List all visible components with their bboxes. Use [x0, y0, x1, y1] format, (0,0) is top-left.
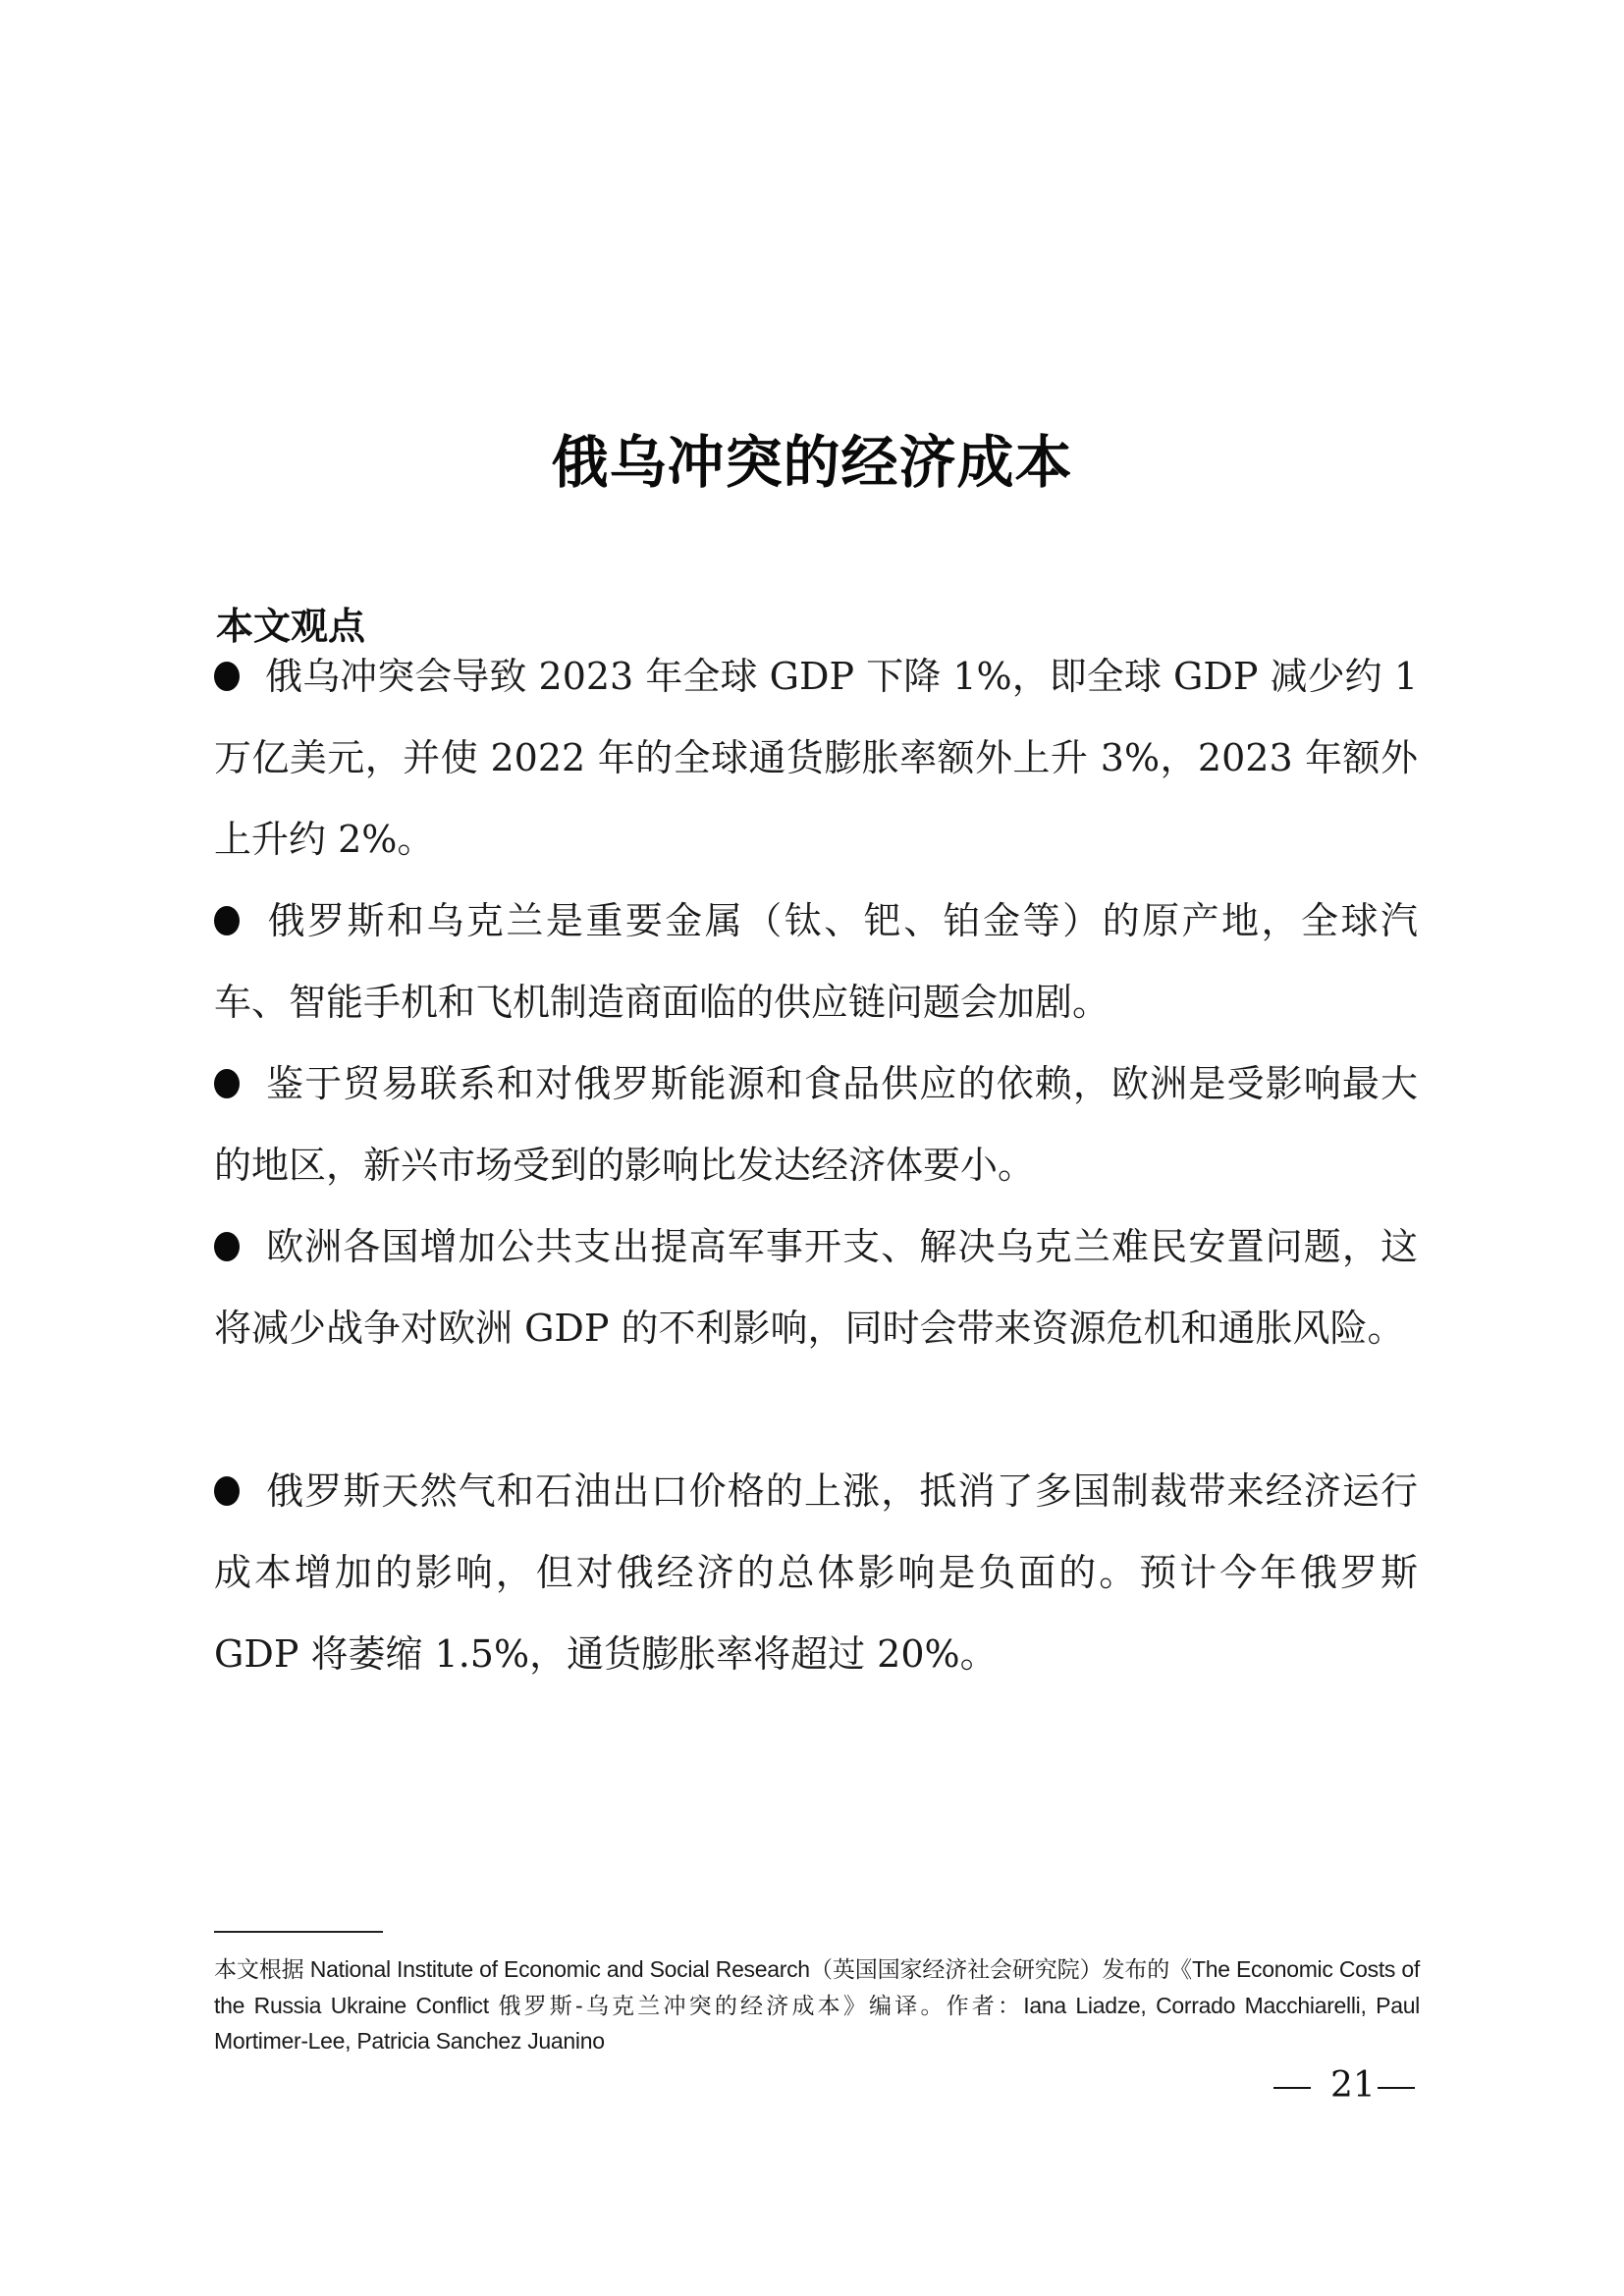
document-title: 俄乌冲突的经济成本	[0, 423, 1624, 502]
footnote-divider	[214, 1931, 383, 1933]
bullet-icon	[214, 662, 240, 691]
bullet-icon	[214, 1476, 240, 1506]
key-point-text: 俄罗斯和乌克兰是重要金属（钛、钯、铂金等）的原产地，全球汽车、智能手机和飞机制造…	[214, 899, 1418, 1024]
key-point-4: 欧洲各国增加公共支出提高军事开支、解决乌克兰难民安置问题，这将减少战争对欧洲 G…	[214, 1206, 1418, 1369]
key-point-5: 俄罗斯天然气和石油出口价格的上涨，抵消了多国制裁带来经济运行成本增加的影响，但对…	[214, 1451, 1418, 1695]
bullet-icon	[214, 906, 240, 935]
key-point-1: 俄乌冲突会导致 2023 年全球 GDP 下降 1%，即全球 GDP 减少约 1…	[214, 636, 1418, 881]
key-point-text: 俄罗斯天然气和石油出口价格的上涨，抵消了多国制裁带来经济运行成本增加的影响，但对…	[214, 1469, 1418, 1676]
bullet-icon	[214, 1232, 240, 1261]
key-point-2: 俄罗斯和乌克兰是重要金属（钛、钯、铂金等）的原产地，全球汽车、智能手机和飞机制造…	[214, 881, 1418, 1043]
document-page: 俄乌冲突的经济成本 本文观点 俄乌冲突会导致 2023 年全球 GDP 下降 1…	[0, 0, 1624, 2296]
key-point-3: 鉴于贸易联系和对俄罗斯能源和食品供应的依赖，欧洲是受影响最大的地区，新兴市场受到…	[214, 1043, 1418, 1206]
key-point-text: 鉴于贸易联系和对俄罗斯能源和食品供应的依赖，欧洲是受影响最大的地区，新兴市场受到…	[214, 1062, 1418, 1187]
page-number: 21	[1273, 2061, 1415, 2110]
page-number-dash-right	[1378, 2087, 1415, 2089]
page-number-value: 21	[1330, 2065, 1376, 2106]
page-number-dash-left	[1273, 2087, 1311, 2089]
key-point-text: 欧洲各国增加公共支出提高军事开支、解决乌克兰难民安置问题，这将减少战争对欧洲 G…	[214, 1225, 1418, 1350]
key-point-text: 俄乌冲突会导致 2023 年全球 GDP 下降 1%，即全球 GDP 减少约 1…	[214, 655, 1418, 861]
bullet-icon	[214, 1069, 240, 1098]
footnote-source: 本文根据 National Institute of Economic and …	[214, 1951, 1420, 2059]
